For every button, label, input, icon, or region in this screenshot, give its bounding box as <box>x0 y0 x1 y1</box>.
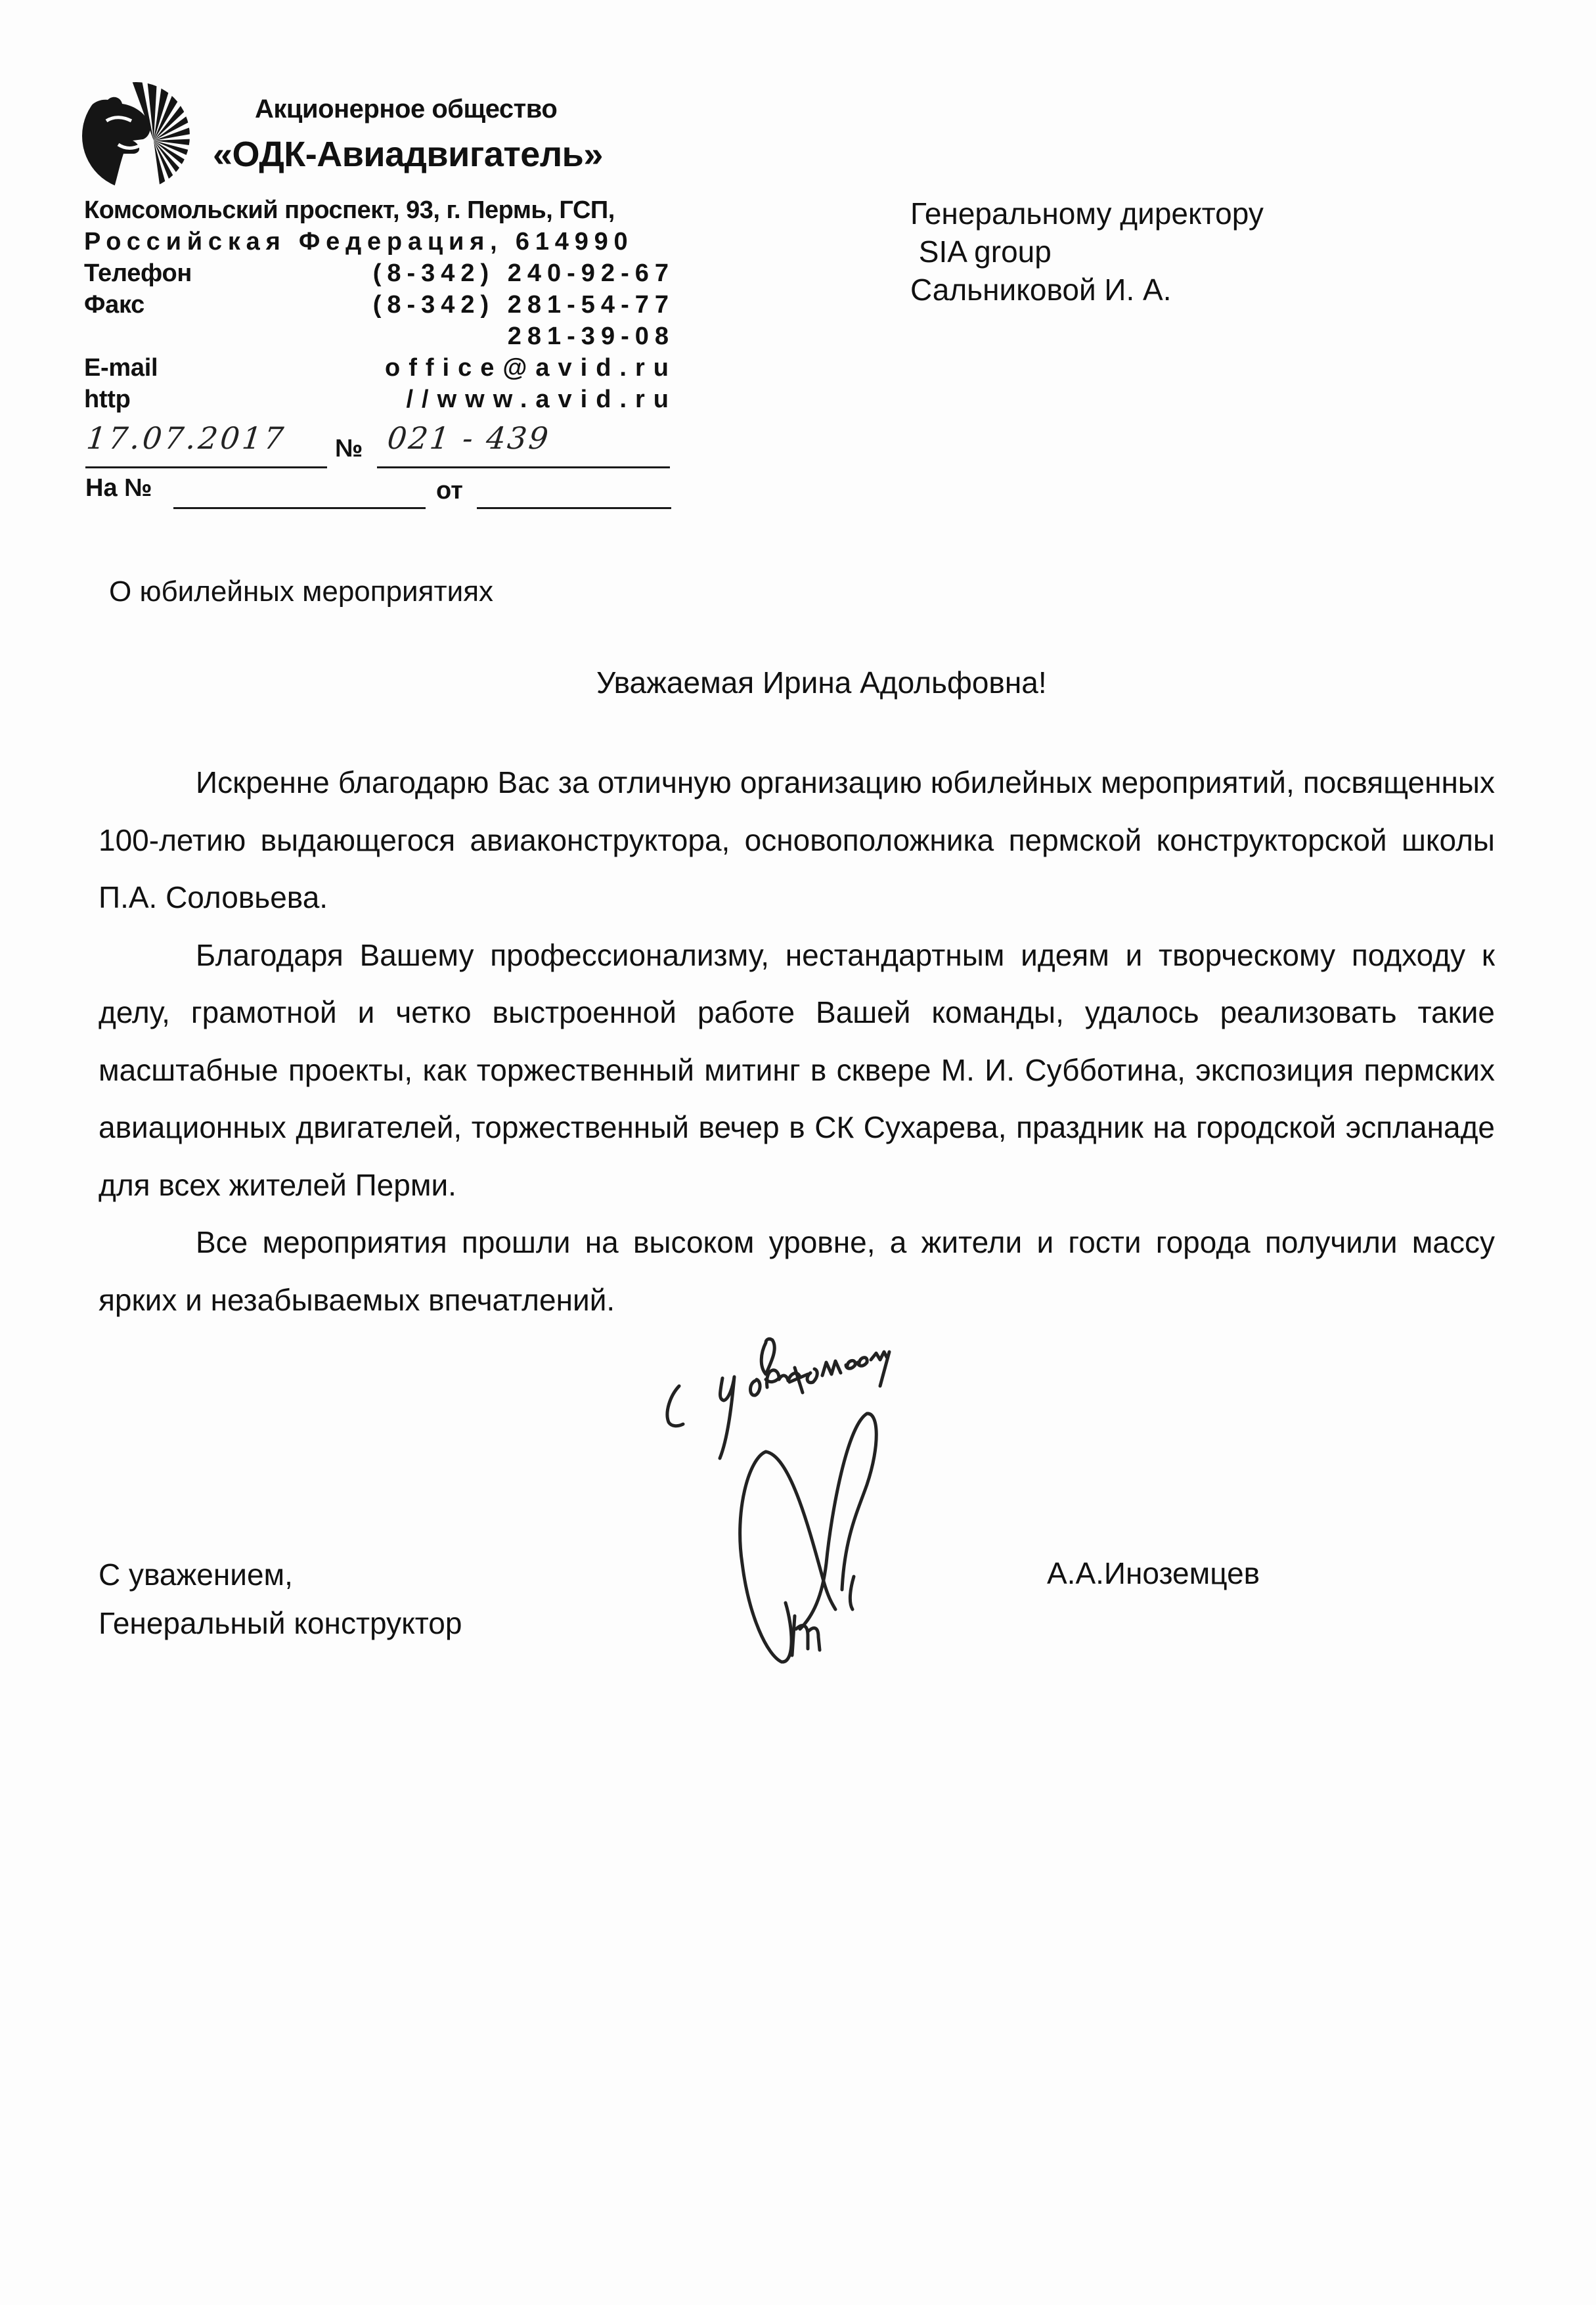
org-type: Акционерное общество <box>255 95 557 124</box>
contact-value: //www.avid.ru <box>406 384 677 415</box>
outgoing-number-label: № <box>335 435 363 463</box>
signer-title: Генеральный конструктор <box>99 1599 462 1647</box>
handwritten-signature-area <box>650 1314 1031 1682</box>
contact-value: (8-342) 281-54-77 <box>373 289 675 321</box>
contact-label: http <box>84 384 131 415</box>
handwritten-signature-icon <box>650 1314 1031 1682</box>
date-underline <box>85 466 327 468</box>
contact-value: office@avid.ru <box>385 352 677 384</box>
letter-subject: О юбилейных мероприятиях <box>109 575 493 608</box>
address-street: Комсомольский проспект, 93, г. Пермь, ГС… <box>84 194 669 226</box>
org-name: «ОДК-Авиадвигатель» <box>213 134 603 175</box>
bear-sunburst-logo-icon <box>80 80 192 192</box>
reply-date-field <box>477 507 671 509</box>
letter-body: Искренне благодарю Вас за отличную орган… <box>99 754 1495 1329</box>
contact-label: Факс <box>84 289 144 321</box>
reply-number-field <box>173 507 426 509</box>
signer-name: А.А.Иноземцев <box>1047 1555 1260 1591</box>
addressee: Генеральному директору SIA group Сальник… <box>910 194 1264 309</box>
company-address-block: Комсомольский проспект, 93, г. Пермь, ГС… <box>84 194 669 415</box>
body-paragraph: Все мероприятия прошли на высоком уровне… <box>99 1214 1495 1329</box>
contact-phone: Телефон (8-342) 240-92-67 <box>84 257 669 289</box>
contact-email: E-mail office@avid.ru <box>84 352 669 384</box>
outgoing-number: 021 - 439 <box>386 420 659 456</box>
company-logo <box>80 80 192 192</box>
reply-number-label: На № <box>85 474 152 503</box>
contact-label: E-mail <box>84 352 158 384</box>
contact-value: 281-39-08 <box>508 321 675 352</box>
contact-website: http //www.avid.ru <box>84 384 669 415</box>
closing-phrase: С уважением, <box>99 1550 462 1599</box>
outgoing-date: 17.07.2017 <box>85 420 325 456</box>
contact-value: (8-342) 240-92-67 <box>373 257 675 289</box>
salutation: Уважаемая Ирина Адольфовна! <box>596 665 1047 700</box>
reply-date-label: от <box>436 477 463 505</box>
contact-fax: Факс (8-342) 281-54-77 <box>84 289 669 321</box>
address-country: Российская Федерация, 614990 <box>84 226 669 257</box>
closing-block: С уважением, Генеральный конструктор <box>99 1550 462 1647</box>
body-paragraph: Искренне благодарю Вас за отличную орган… <box>99 754 1495 927</box>
contact-label: Телефон <box>84 257 192 289</box>
number-underline <box>377 466 670 468</box>
contact-fax-2: 281-39-08 <box>84 321 669 352</box>
body-paragraph: Благодаря Вашему профессионализму, неста… <box>99 927 1495 1215</box>
